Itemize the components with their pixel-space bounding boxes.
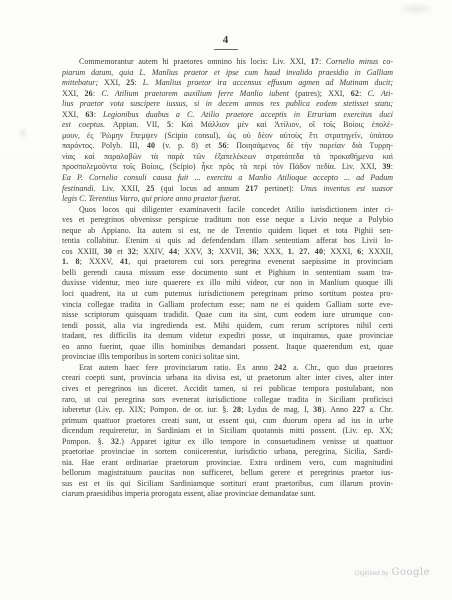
text-line: Pompon. §. 32.) Apparet igitur ex illo t… (62, 437, 393, 448)
text-line: cives et peregrinos ius diceret. Accidit… (62, 384, 393, 395)
text-segment: legis C. Terentius Varro, qui priore ann… (62, 194, 241, 203)
text-segment: 26 (84, 89, 92, 98)
text-segment: ; XXV, (177, 247, 207, 256)
text-line: praetoriae provinciae in sortem coniicer… (62, 447, 393, 458)
text-segment: : (135, 78, 143, 87)
text-segment: 227 (352, 405, 365, 414)
text-segment: (patres); XXI, (295, 89, 350, 98)
text-segment: tradant, res difficilis ita demum videtu… (62, 331, 393, 340)
text-segment: Erat autem haec fere provinciarum ratio.… (79, 363, 274, 372)
text-line: legis C. Terentius Varro, qui priore ann… (62, 194, 393, 205)
text-segment: ; XXXII, (361, 247, 393, 256)
text-segment: Liv. XXII, (102, 184, 146, 193)
text-segment: 39 (382, 162, 390, 171)
text-segment: : (319, 57, 326, 66)
text-line: mittebatur; XXI, 25: L. Manlius praetor … (62, 78, 393, 89)
text-line: XXI, 63: Legionibus duabus a C. Atilio p… (62, 110, 393, 121)
text-segment: νίας καὶ παραλαβὼν τὰ παρὰ τῶν ἐξαπελέκε… (62, 152, 393, 161)
text-line: sus est et iis qui Siciliam Sardiniamque… (62, 479, 393, 490)
text-segment: vincia collegae tradita in Galliam profe… (62, 300, 393, 309)
text-segment: raro, ut cui peregrina sors evenerat iur… (62, 395, 393, 404)
text-segment: Cornelio minus co- (326, 57, 393, 66)
text-segment: creari coepti sunt, provincia urbana ita… (62, 373, 393, 382)
text-segment: nisse scriptorum quisquam tradidit. Quae… (62, 310, 393, 319)
text-segment: 242 (274, 363, 287, 372)
text-segment: a. Chr. (365, 405, 393, 414)
text-line: vincia collegae tradita in Galliam profe… (62, 300, 393, 311)
text-segment: mittebatur; (62, 78, 104, 87)
text-segment: 62 (351, 89, 359, 98)
text-segment: loci quadrent, ita ut cum putemus iurisd… (62, 289, 393, 298)
text-line: nisse scriptorum quisquam tradidit. Quae… (62, 310, 393, 321)
text-line: provinciae illis temporibus in sortem co… (62, 352, 393, 363)
text-line: piarum datum, quia L. Manlius praetor et… (62, 68, 393, 79)
text-segment: ; XXXV, (80, 257, 120, 266)
text-segment: bellorum magistratuum paucitas non suffi… (62, 468, 393, 477)
text-segment: 63 (85, 110, 93, 119)
text-segment: Appian. VII, (113, 120, 167, 129)
text-line: Quos locos qui diligenter examinaverit f… (62, 205, 393, 216)
text-line: duxisse videntur, meo iure quaerere ex i… (62, 278, 393, 289)
text-line: Ea P. Cornelio consuli causa fuit ... ex… (62, 173, 393, 184)
text-segment: lius praetor vota suscipere iussus, si i… (62, 99, 393, 108)
text-line: tradant, res difficilis ita demum videtu… (62, 331, 393, 342)
text-segment: duxisse videntur, meo iure quaerere ex i… (62, 278, 393, 287)
text-line: παρόντος. Polyb. III, 40 (v. p. 8) et 56… (62, 141, 393, 152)
text-segment: : Ποιησάμενος δὲ τὴν πορείαν διὰ Τυρρη- (227, 141, 393, 150)
text-segment: primum quattuor praetores creati sunt, u… (62, 416, 393, 425)
text-line: Erat autem haec fere provinciarum ratio.… (62, 363, 393, 374)
text-segment: ; XXX, (257, 247, 288, 256)
text-segment: 32 (128, 247, 136, 256)
text-segment: 56 (218, 141, 226, 150)
text-block: Commemorantur autem hi praetores omnino … (62, 57, 393, 500)
text-line: Commemorantur autem hi praetores omnino … (62, 57, 393, 68)
text-segment: C. Ati- (368, 89, 393, 98)
text-segment: 30 (104, 247, 112, 256)
text-segment: (qui locus ad annum (155, 184, 246, 193)
text-line: ciarum praesidibus imperia prorogata ess… (62, 489, 393, 500)
text-line: tendi possit, alia via ingredienda est. … (62, 321, 393, 332)
text-segment: 1. 8 (62, 257, 80, 266)
text-segment: , qui praetorem cui sors peregrina evene… (128, 257, 393, 266)
text-segment: ; XXXI, (323, 247, 357, 256)
paragraph: Erat autem haec fere provinciarum ratio.… (62, 363, 393, 500)
text-segment: 40 (147, 141, 155, 150)
text-segment: pertinet): (258, 184, 300, 193)
digitization-watermark: Digitized byGoogle (355, 562, 430, 580)
text-segment: Legionibus duabus a C. Atilio praetore a… (103, 110, 393, 119)
text-segment: Unus inventus est suasor (300, 184, 393, 193)
text-segment: a. Chr., quo duo praetores (287, 363, 393, 372)
text-line: dicendum requireretur, in Sardiniam et i… (62, 426, 393, 437)
text-segment: cives et peregrinos ius diceret. Accidit… (62, 384, 393, 393)
text-segment: παρόντος. Polyb. III, (62, 141, 147, 150)
text-line: cos XXIII, 30 et 32; XXIV, 44; XXV, 3; X… (62, 247, 393, 258)
scanned-book-page: 4 Commemorantur autem hi praetores omnin… (0, 0, 452, 600)
watermark-prefix: Digitized by (355, 570, 389, 577)
text-line: 1. 8; XXXV, 41, qui praetorem cui sors p… (62, 257, 393, 268)
text-segment: L. Manlius praetor ira accensus effusum … (143, 78, 393, 87)
text-line: raro, ut cui peregrina sors evenerat iur… (62, 395, 393, 406)
text-segment: ; Lydus de mag. I, (241, 405, 313, 414)
text-segment: praetoriae provinciae in sortem coniicer… (62, 447, 393, 456)
text-segment: ciarum praesidibus imperia prorogata ess… (62, 489, 316, 498)
scan-speck (18, 126, 28, 140)
text-line: XXI, 26: C. Atilium praetorem auxilium f… (62, 89, 393, 100)
text-segment: C. Atilium praetorem auxilium ferre Manl… (101, 89, 295, 98)
text-line: νίας καὶ παραλαβὼν τὰ παρὰ τῶν ἐξαπελέκε… (62, 152, 393, 163)
scan-smudge (396, 2, 436, 16)
text-line: lius praetor vota suscipere iussus, si i… (62, 99, 393, 110)
text-segment: tendi possit, alia via ingredienda est. … (62, 321, 393, 330)
text-segment: tentia collabitur. Etenim si quis ad def… (62, 236, 393, 245)
text-segment: iuberetur (Liv. ep. XIX; Pompon. de or. … (62, 405, 233, 414)
text-segment: : (391, 162, 393, 171)
text-segment: XXI, (62, 110, 85, 119)
text-segment: est coeptus. (62, 120, 113, 129)
text-line: ves et peregrinos obvenisse perspicue tr… (62, 215, 393, 226)
text-segment: 36 (248, 247, 256, 256)
text-line: loci quadrent, ita ut cum putemus iurisd… (62, 289, 393, 300)
text-segment: XXI, (104, 78, 126, 87)
page-header: 4 (0, 30, 452, 50)
text-line: eo anno fuerint, quae illis hominibus de… (62, 342, 393, 353)
text-line: est coeptus. Appian. VII, 5: Καὶ Μάλλιον… (62, 120, 393, 131)
text-line: belli gerendi causa missum esse document… (62, 268, 393, 279)
text-segment: neque ab Appiano. Ita autem si est, ne d… (62, 226, 393, 235)
text-segment: dicendum requireretur, in Sardiniam et i… (62, 426, 393, 435)
text-line: tentia collabitur. Etenim si quis ad def… (62, 236, 393, 247)
text-segment: : (359, 89, 367, 98)
text-segment: 1. 27. 40 (288, 247, 323, 256)
text-line: neque ab Appiano. Ita autem si est, ne d… (62, 226, 393, 237)
paragraph: Quos locos qui diligenter examinaverit f… (62, 205, 393, 363)
text-segment: 38 (313, 405, 321, 414)
text-segment: 32 (111, 437, 119, 446)
text-segment: (v. p. 8) et (155, 141, 218, 150)
text-segment: ves et peregrinos obvenisse perspicue tr… (62, 215, 393, 224)
text-line: nia. Hae erant ordinariae praetorum prov… (62, 458, 393, 469)
text-segment: festinandi. (62, 184, 102, 193)
text-line: iuberetur (Liv. ep. XIX; Pompon. de or. … (62, 405, 393, 416)
text-segment: ; XXVII, (212, 247, 249, 256)
text-segment: : (94, 110, 103, 119)
paragraph: Commemorantur autem hi praetores omnino … (62, 57, 393, 205)
text-segment: cos XXIII, (62, 247, 104, 256)
text-segment: 17 (311, 57, 319, 66)
text-segment: nia. Hae erant ordinariae praetorum prov… (62, 458, 393, 467)
text-segment: : Καὶ Μάλλιον μὲν καὶ Ἀτίλιον, οἳ τοῖς Β… (171, 120, 393, 129)
text-segment: .) Apparet igitur ex illo tempore in con… (119, 437, 393, 446)
text-segment: eo anno fuerint, quae illis hominibus de… (62, 342, 393, 351)
text-segment: 25 (126, 78, 134, 87)
text-segment: sus est et iis qui Siciliam Sardiniamque… (62, 479, 393, 488)
page-number: 4 (214, 34, 238, 50)
text-segment: Quos locos qui diligenter examinaverit f… (79, 205, 393, 214)
text-segment: Commemorantur autem hi praetores omnino … (79, 57, 311, 66)
text-line: primum quattuor praetores creati sunt, u… (62, 416, 393, 427)
text-line: creari coepti sunt, provincia urbana ita… (62, 373, 393, 384)
google-logo: Google (391, 567, 430, 578)
text-segment: provinciae illis temporibus in sortem co… (62, 352, 240, 361)
text-segment: belli gerendi causa missum esse document… (62, 268, 393, 277)
text-segment: μουν, ἐς Ῥώμην ἔπεμψεν (Scipio consul), … (62, 131, 393, 140)
text-segment: Ea P. Cornelio consuli causa fuit ... ex… (62, 173, 393, 182)
text-segment: προσπολεμοῦντα τοῖς Βοίοις, (Scipio) ἧκε… (62, 162, 382, 171)
text-segment: 28 (233, 405, 241, 414)
text-line: προσπολεμοῦντα τοῖς Βοίοις, (Scipio) ἧκε… (62, 162, 393, 173)
text-line: μουν, ἐς Ῥώμην ἔπεμψεν (Scipio consul), … (62, 131, 393, 142)
text-segment: XXI, (62, 89, 84, 98)
text-segment: Pompon. §. (62, 437, 111, 446)
text-segment: 25 (146, 184, 154, 193)
text-line: festinandi. Liv. XXII, 25 (qui locus ad … (62, 184, 393, 195)
text-segment: ; XXIV, (136, 247, 169, 256)
text-segment: et (112, 247, 127, 256)
text-line: bellorum magistratuum paucitas non suffi… (62, 468, 393, 479)
text-segment: 217 (245, 184, 258, 193)
text-segment: ). Anno (322, 405, 353, 414)
text-segment: piarum datum, quia L. Manlius praetor et… (62, 68, 393, 77)
